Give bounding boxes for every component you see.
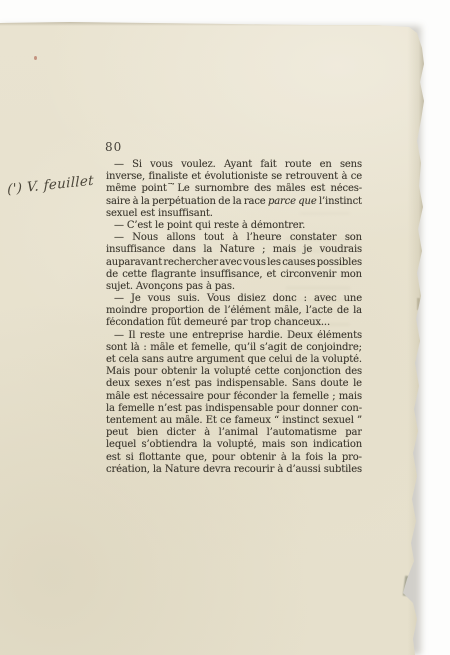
text-line: saireàlaperpétuationdelaraceparcequel’in… bbox=[106, 196, 362, 208]
text-line: —Jevoussuis.Vousdisiezdonc:avecune bbox=[106, 293, 362, 305]
text-line: sujet. Avonçons pas à pas. bbox=[106, 281, 362, 293]
text-line: deuxsexesn’estpasindispensable.Sansdoute… bbox=[106, 378, 362, 390]
text-line: sexuel est insuffisant. bbox=[106, 208, 362, 220]
page-number: 80 bbox=[105, 140, 122, 154]
text-line: moindreproportiondel’élémentmâle,l’acted… bbox=[106, 305, 362, 317]
text-block: —Sivousvoulez.Ayantfaitrouteensensinvers… bbox=[106, 159, 362, 476]
paper-fleck bbox=[34, 56, 37, 60]
text-line: etcelasansautreargumentqueceluidelavolup… bbox=[106, 354, 362, 366]
text-line: insuffisancedanslaNature;maisjevoudrais bbox=[106, 244, 362, 256]
text-line: mâleestnécessairepourféconderlafemelle;m… bbox=[106, 391, 362, 403]
text-line: peutbiendicteràl’animall’automatismepar bbox=[106, 427, 362, 439]
text-line: lafemellen’estpasindispensablepourdonner… bbox=[106, 403, 362, 415]
text-line: tentementaumâle.Etcefameux“instinctsexue… bbox=[106, 415, 362, 427]
text-line: lequels’obtiendralavolupté,maissonindica… bbox=[106, 439, 362, 451]
text-line: —Nousallonstoutàl’heureconstaterson bbox=[106, 232, 362, 244]
text-line: auparavantrechercheravecvouslescausespos… bbox=[106, 257, 362, 269]
handwritten-insertion-mark: a/ bbox=[168, 183, 177, 187]
text-line: fécondation fût demeuré par trop chanceu… bbox=[106, 317, 362, 329]
text-line: —Sivousvoulez.Ayantfaitrouteensens bbox=[106, 159, 362, 171]
text-line: inverse,finalisteetévolutionisteseretrou… bbox=[106, 171, 362, 183]
text-line: estsiflottanteque,pourobteniràlafoislapr… bbox=[106, 452, 362, 464]
text-line: création,laNaturedevrarecouriràd’aussisu… bbox=[106, 464, 362, 476]
text-line: — C’est le point qui reste à démontrer. bbox=[106, 220, 362, 232]
page-top-edge-shadow bbox=[0, 22, 426, 26]
text-line: mêmepointa/Lesurnombredesmâlesestnéces- bbox=[106, 183, 362, 195]
handwritten-margin-annotation: (') V. feuillet bbox=[7, 172, 97, 197]
text-line: Maispourobtenirlavoluptécetteconjonction… bbox=[106, 366, 362, 378]
text-line: sontlà:mâleetfemelle,qu’ils’agitdeconjoi… bbox=[106, 342, 362, 354]
text-line: decetteflagranteinsuffisance,etcirconven… bbox=[106, 269, 362, 281]
book-page-sheet: 80 (') V. feuillet —Sivousvoulez.Ayantfa… bbox=[0, 0, 450, 655]
text-line: —Ilresteuneentreprisehardie.Deuxéléments bbox=[106, 330, 362, 342]
